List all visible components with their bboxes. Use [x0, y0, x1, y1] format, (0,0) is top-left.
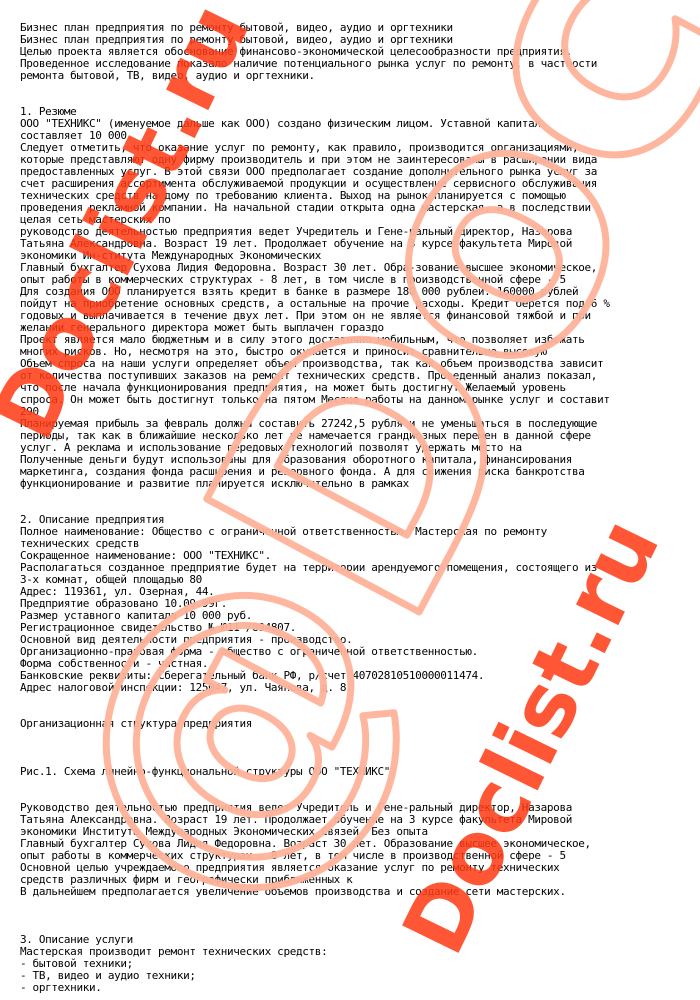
text-line: ремонта бытовой, ТВ, видео, аудио и оргт… [20, 70, 690, 82]
text-line [20, 694, 690, 706]
text-line [20, 910, 690, 922]
text-line: - ТВ, видео и аудио техники; [20, 970, 690, 982]
text-line [20, 742, 690, 754]
text-line: - оргтехники. [20, 982, 690, 994]
text-line: Адрес налоговой инспекции: 125047, ул. Ч… [20, 682, 690, 694]
document-body: Бизнес план предприятия по ремонту бытов… [20, 22, 690, 994]
text-line: Рис.1. Схема линейно-функциональной стру… [20, 766, 690, 778]
text-line: функционирование и развитие планируется … [20, 478, 690, 490]
text-line [20, 490, 690, 502]
text-line: Организационная структура предприятия [20, 718, 690, 730]
text-line [20, 778, 690, 790]
text-line: спроса. Он может быть достигнут только н… [20, 394, 690, 406]
text-line [20, 94, 690, 106]
text-line [20, 730, 690, 742]
text-line: В дальнейшем предполагается увеличение о… [20, 886, 690, 898]
text-line [20, 898, 690, 910]
text-line [20, 82, 690, 94]
